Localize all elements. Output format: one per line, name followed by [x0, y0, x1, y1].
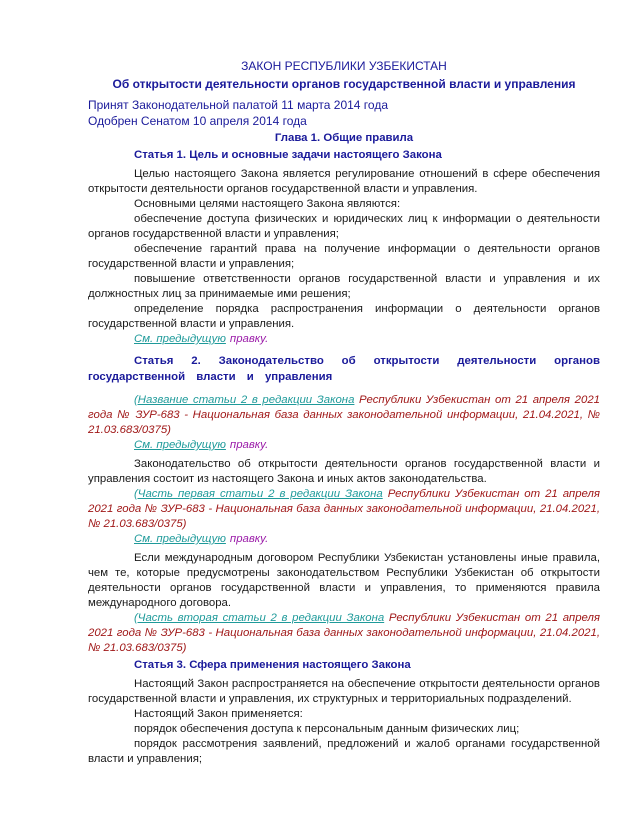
- amending-law-link[interactable]: (Часть первая статьи 2 в редакции Закона: [134, 488, 383, 500]
- article-3-paragraph: порядок обеспечения доступа к персональн…: [88, 722, 600, 737]
- article-2-title: Статья 2. Законодательство об открытости…: [88, 353, 600, 385]
- amending-law-link[interactable]: (Название статьи 2 в редакции Закона: [134, 394, 354, 406]
- article-1-paragraph: обеспечение гарантий права на получение …: [88, 242, 600, 272]
- see-previous-edit: См. предыдущуюправку.: [88, 438, 600, 453]
- edit-label[interactable]: правку.: [230, 533, 268, 545]
- article-2-title-note: (Название статьи 2 в редакции Закона Рес…: [88, 393, 600, 438]
- article-1-paragraph: Основными целями настоящего Закона являю…: [88, 197, 600, 212]
- edit-label[interactable]: правку.: [230, 333, 268, 345]
- edit-label[interactable]: правку.: [230, 439, 268, 451]
- see-previous-edit: См. предыдущуюправку.: [88, 332, 600, 347]
- article-1-paragraph: Целью настоящего Закона является регулир…: [88, 167, 600, 197]
- amending-law-link[interactable]: (Часть вторая статьи 2 в редакции Закона: [134, 612, 384, 624]
- approved-line: Одобрен Сенатом 10 апреля 2014 года: [88, 113, 600, 129]
- law-title: ЗАКОН РЕСПУБЛИКИ УЗБЕКИСТАН: [88, 58, 600, 75]
- article-3-paragraph: Настоящий Закон распространяется на обес…: [88, 677, 600, 707]
- article-3-paragraph: порядок рассмотрения заявлений, предложе…: [88, 737, 600, 767]
- document-page: ЗАКОН РЕСПУБЛИКИ УЗБЕКИСТАН Об открытост…: [88, 58, 600, 767]
- see-previous-edit: См. предыдущуюправку.: [88, 532, 600, 547]
- article-3-title: Статья 3. Сфера применения настоящего За…: [88, 658, 600, 673]
- see-previous-link[interactable]: См. предыдущую: [134, 333, 226, 345]
- chapter-1-title: Глава 1. Общие правила: [88, 131, 600, 146]
- article-1-paragraph: определение порядка распространения инфо…: [88, 302, 600, 332]
- article-1-paragraph: повышение ответственности органов госуда…: [88, 272, 600, 302]
- article-2-paragraph: Если международным договором Республики …: [88, 551, 600, 611]
- article-2-part-1-note: (Часть первая статьи 2 в редакции Закона…: [88, 487, 600, 532]
- law-subtitle: Об открытости деятельности органов госуд…: [88, 76, 600, 93]
- adopted-line: Принят Законодательной палатой 11 марта …: [88, 97, 600, 113]
- article-3-paragraph: Настоящий Закон применяется:: [88, 707, 600, 722]
- article-2-part-2-note: (Часть вторая статьи 2 в редакции Закона…: [88, 611, 600, 656]
- see-previous-link[interactable]: См. предыдущую: [134, 439, 226, 451]
- article-1-paragraph: обеспечение доступа физических и юридиче…: [88, 212, 600, 242]
- see-previous-link[interactable]: См. предыдущую: [134, 533, 226, 545]
- article-1-title: Статья 1. Цель и основные задачи настоящ…: [88, 148, 600, 163]
- article-2-paragraph: Законодательство об открытости деятельно…: [88, 457, 600, 487]
